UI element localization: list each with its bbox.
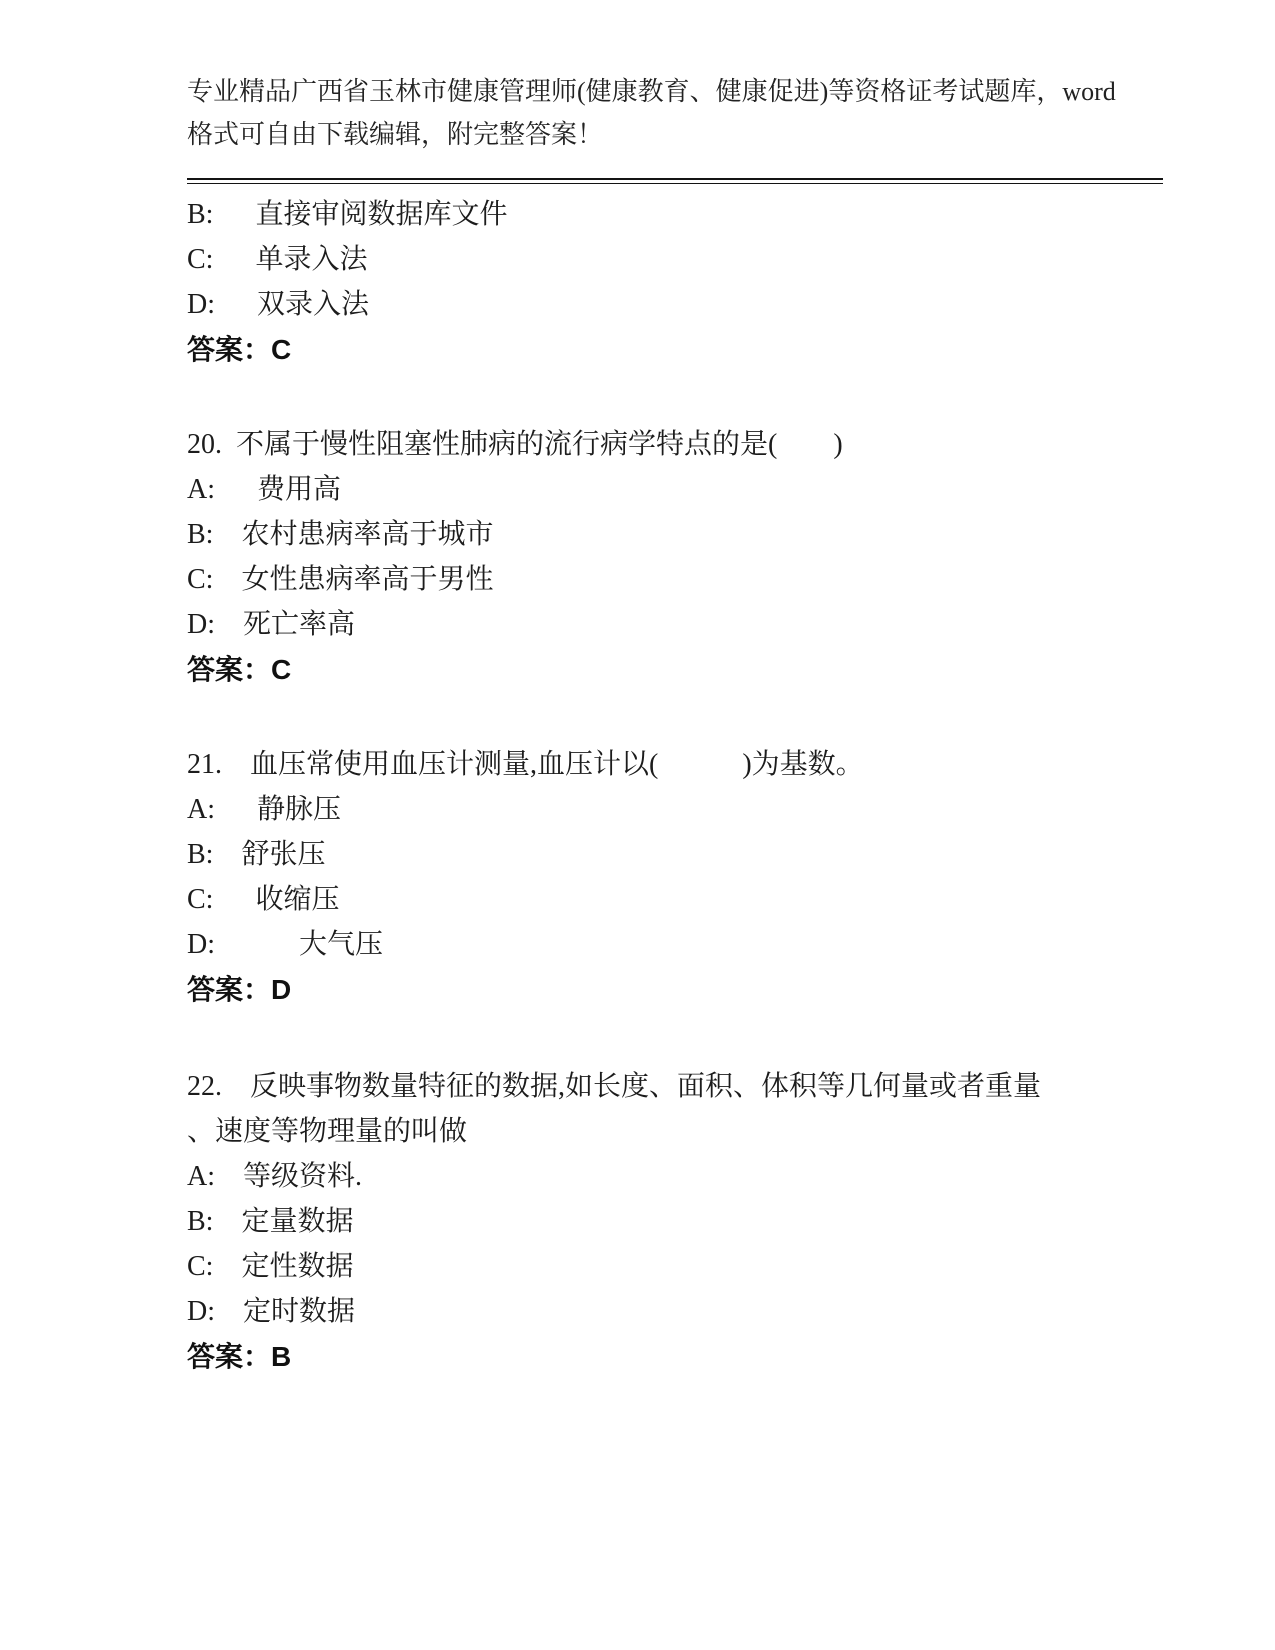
question-21-option-a: A: 静脉压 (187, 787, 1163, 832)
question-21-block: 21. 血压常使用血压计测量,血压计以( )为基数。 A: 静脉压 B: 舒张压… (187, 742, 1163, 1012)
header-divider (187, 178, 1163, 184)
question-22-answer: 答案：B (187, 1334, 1163, 1379)
question-20-option-a: A: 费用高 (187, 467, 1163, 512)
question-21-option-c: C: 收缩压 (187, 877, 1163, 922)
exam-page: 专业精品广西省玉林市健康管理师(健康教育、健康促进)等资格证考试题库，word … (0, 0, 1275, 1650)
question-22-title-line-2: 、速度等物理量的叫做 (187, 1109, 1163, 1154)
question-20-block: 20. 不属于慢性阻塞性肺病的流行病学特点的是( ) A: 费用高 B: 农村患… (187, 422, 1163, 692)
question-22-block: 22. 反映事物数量特征的数据,如长度、面积、体积等几何量或者重量 、速度等物理… (187, 1064, 1163, 1379)
question-21-option-d: D: 大气压 (187, 922, 1163, 967)
question-21-answer: 答案：D (187, 967, 1163, 1012)
header-line-1: 专业精品广西省玉林市健康管理师(健康教育、健康促进)等资格证考试题库，word (187, 70, 1163, 113)
header-line-2: 格式可自由下载编辑，附完整答案！ (187, 113, 1163, 156)
exam-document-body: { "page": { "background": "#ffffff", "te… (0, 0, 1275, 1650)
question-22-option-a: A: 等级资料. (187, 1154, 1163, 1199)
question-19-option-d: D: 双录入法 (187, 282, 1163, 327)
question-21-title: 21. 血压常使用血压计测量,血压计以( )为基数。 (187, 742, 1163, 787)
question-19-block: B: 直接审阅数据库文件 C: 单录入法 D: 双录入法 答案：C (187, 192, 1163, 372)
question-20-option-d: D: 死亡率高 (187, 602, 1163, 647)
question-20-answer: 答案：C (187, 647, 1163, 692)
question-22-option-c: C: 定性数据 (187, 1244, 1163, 1289)
question-20-option-b: B: 农村患病率高于城市 (187, 512, 1163, 557)
question-22-title-line-1: 22. 反映事物数量特征的数据,如长度、面积、体积等几何量或者重量 (187, 1064, 1163, 1109)
question-19-answer: 答案：C (187, 327, 1163, 372)
question-20-option-c: C: 女性患病率高于男性 (187, 557, 1163, 602)
question-21-option-b: B: 舒张压 (187, 832, 1163, 877)
question-22-option-d: D: 定时数据 (187, 1289, 1163, 1334)
question-19-option-b: B: 直接审阅数据库文件 (187, 192, 1163, 237)
question-22-option-b: B: 定量数据 (187, 1199, 1163, 1244)
page-header: 专业精品广西省玉林市健康管理师(健康教育、健康促进)等资格证考试题库，word … (187, 70, 1163, 156)
question-20-title: 20. 不属于慢性阻塞性肺病的流行病学特点的是( ) (187, 422, 1163, 467)
question-19-option-c: C: 单录入法 (187, 237, 1163, 282)
